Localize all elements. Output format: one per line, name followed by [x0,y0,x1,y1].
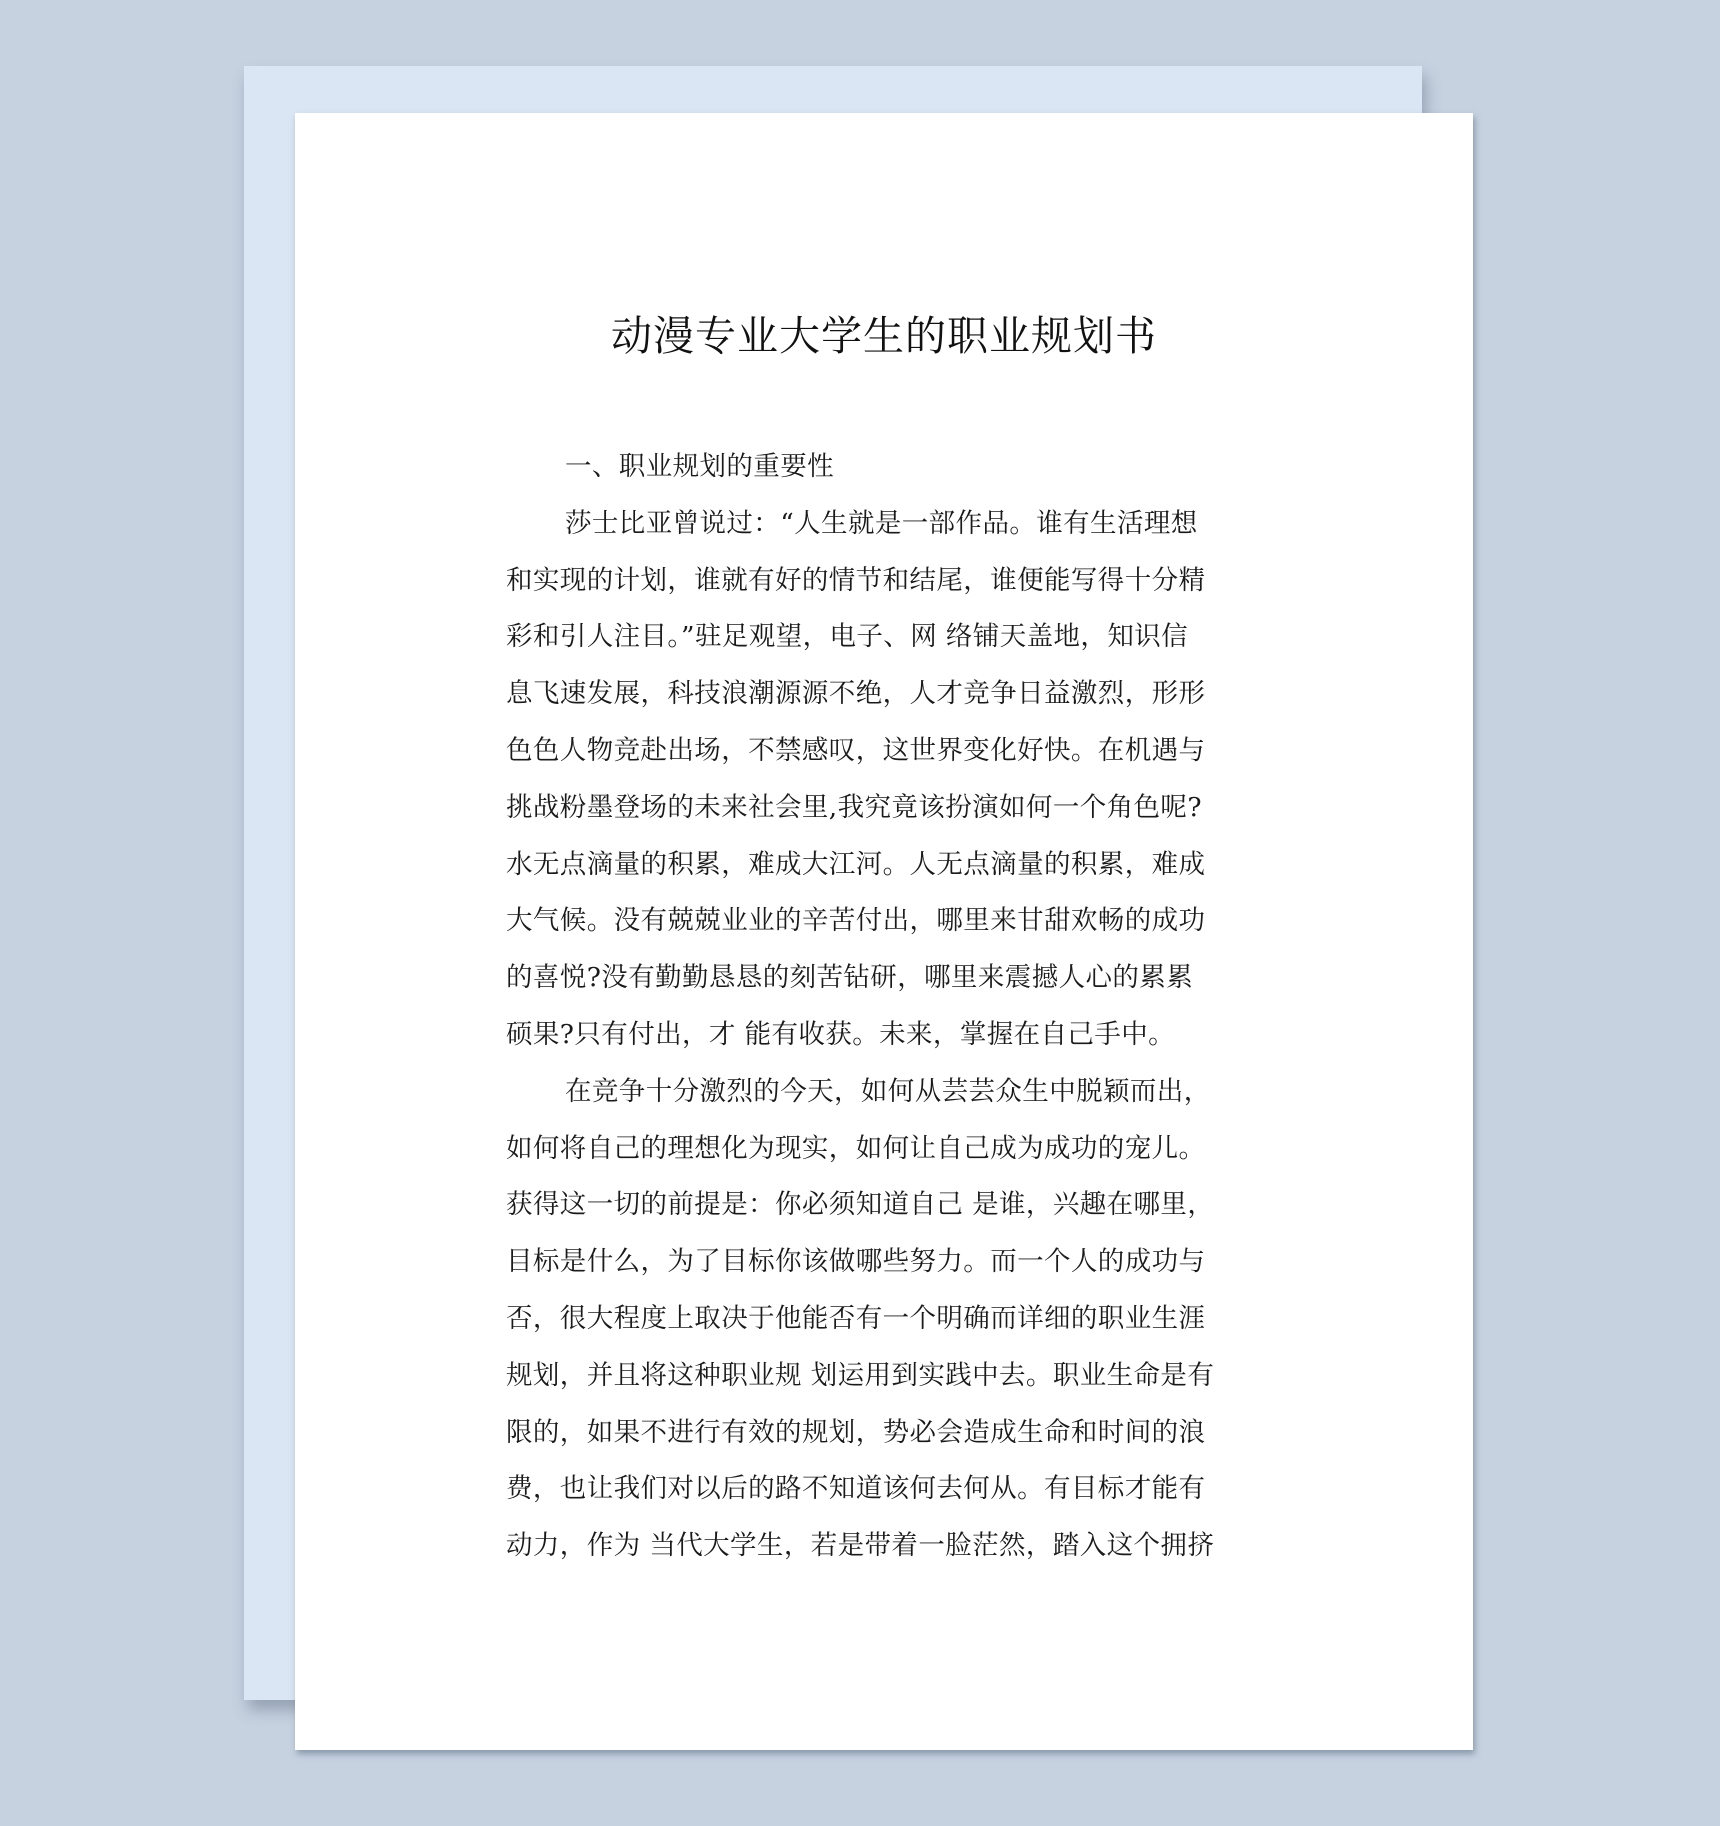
paragraph-line: 如何将自己的理想化为现实，如何让自己成为成功的宠儿。 [506,1121,1266,1178]
paragraph-line: 在竞争十分激烈的今天，如何从芸芸众生中脱颖而出， [506,1064,1266,1121]
paragraph-line: 获得这一切的前提是：你必须知道自己 是谁，兴趣在哪里， [506,1177,1266,1234]
document-title: 动漫专业大学生的职业规划书 [295,303,1473,362]
paragraph-line: 色色人物竞赴出场，不禁感叹，这世界变化好快。在机遇与 [506,723,1266,780]
paragraph-line: 大气候。没有兢兢业业的辛苦付出，哪里来甘甜欢畅的成功 [506,893,1266,950]
paragraph-line: 限的，如果不进行有效的规划，势必会造成生命和时间的浪 [506,1405,1266,1462]
paragraph-line: 否，很大程度上取决于他能否有一个明确而详细的职业生涯 [506,1291,1266,1348]
section-heading: 一、职业规划的重要性 [506,439,1266,496]
paragraph-line: 动力，作为 当代大学生，若是带着一脸茫然，踏入这个拥挤 [506,1518,1266,1575]
document-body: 一、职业规划的重要性 莎士比亚曾说过：“人生就是一部作品。谁有生活理想 和实现的… [506,439,1266,1575]
paragraph-line: 息飞速发展，科技浪潮源源不绝，人才竞争日益激烈，形形 [506,666,1266,723]
paragraph-line: 硕果?只有付出，才 能有收获。未来，掌握在自己手中。 [506,1007,1266,1064]
paragraph-line: 莎士比亚曾说过：“人生就是一部作品。谁有生活理想 [506,496,1266,553]
paragraph-line: 的喜悦?没有勤勤恳恳的刻苦钻研，哪里来震撼人心的累累 [506,950,1266,1007]
paragraph-line: 规划，并且将这种职业规 划运用到实践中去。职业生命是有 [506,1348,1266,1405]
paragraph-line: 彩和引人注目。”驻足观望，电子、网 络铺天盖地，知识信 [506,609,1266,666]
paragraph-line: 和实现的计划，谁就有好的情节和结尾，谁便能写得十分精 [506,553,1266,610]
paragraph-line: 目标是什么，为了目标你该做哪些努力。而一个人的成功与 [506,1234,1266,1291]
document-page: 动漫专业大学生的职业规划书 一、职业规划的重要性 莎士比亚曾说过：“人生就是一部… [295,113,1473,1750]
paragraph-line: 费，也让我们对以后的路不知道该何去何从。有目标才能有 [506,1461,1266,1518]
paragraph-line: 水无点滴量的积累，难成大江河。人无点滴量的积累，难成 [506,837,1266,894]
paragraph-line: 挑战粉墨登场的未来社会里,我究竟该扮演如何一个角色呢? [506,780,1266,837]
